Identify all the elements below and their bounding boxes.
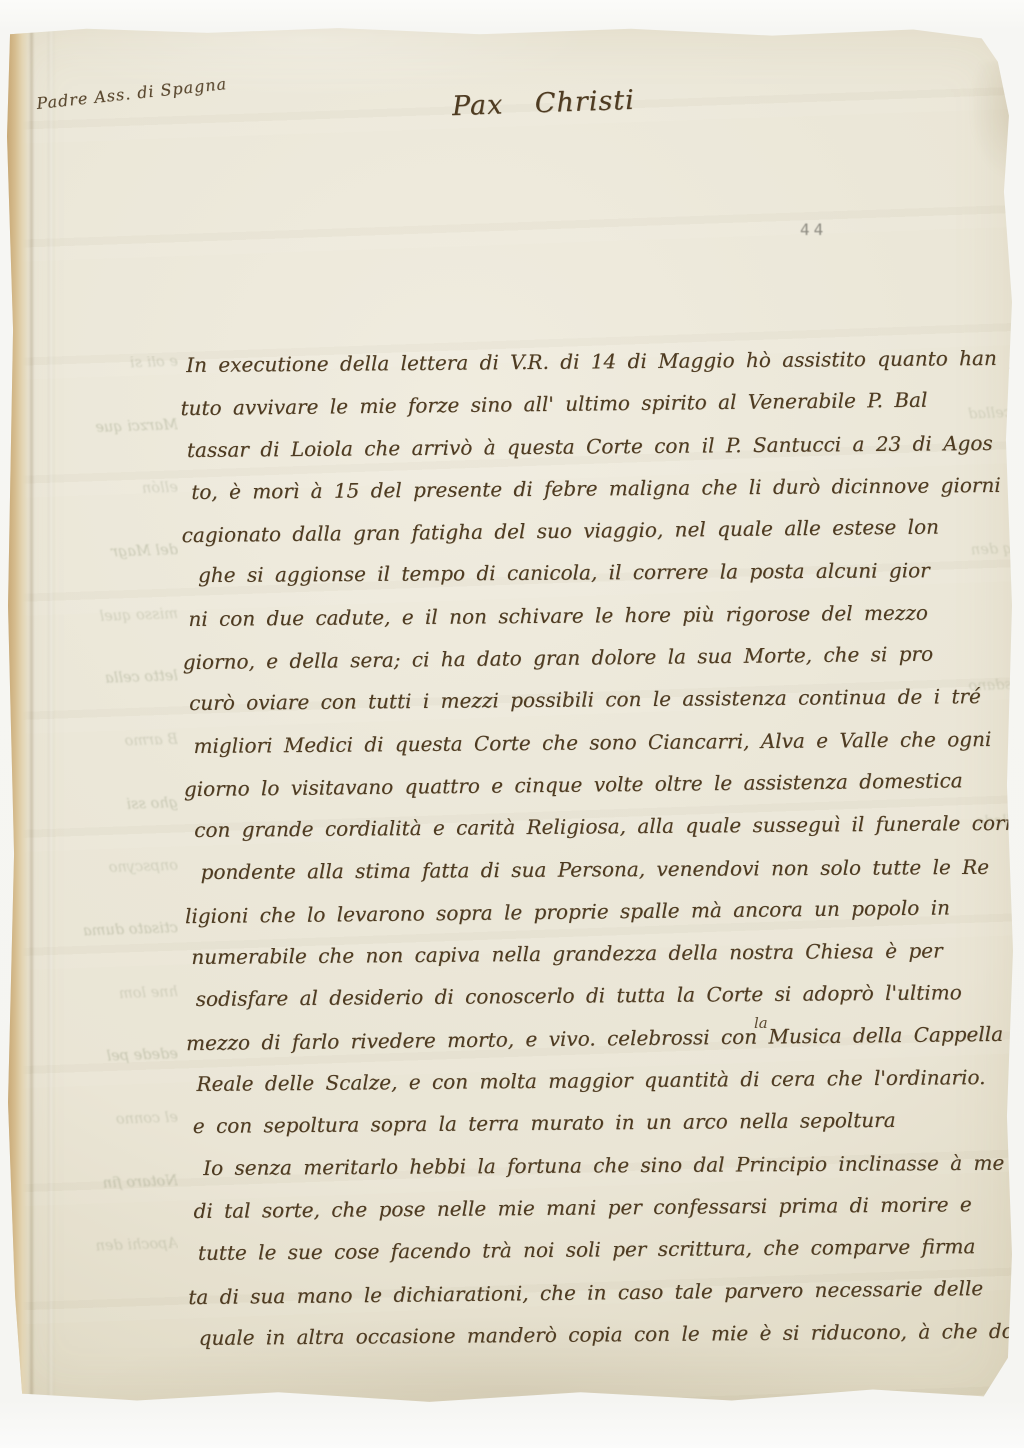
letter-line: curò oviare con tutti i mezzi possibili … xyxy=(189,675,1014,725)
letter-line: quale in altra occasione manderò copia c… xyxy=(198,1309,1014,1359)
bleedthrough-fragment: ctisato duma xyxy=(18,920,178,942)
bleedthrough-fragment: del Magr xyxy=(18,542,178,564)
bleedthrough-fragment: Marzci que xyxy=(72,417,178,437)
letter-line: tutte le sue cose facendo trà noi soli p… xyxy=(198,1225,1014,1275)
bleedthrough-left-margin: e oli sìMarzci queellóndel Magrmisso que… xyxy=(18,356,178,1396)
bleedthrough-fragment: B armo xyxy=(46,732,178,753)
letter-page: Padre Ass. di Spagna Pax Christi 44 e ol… xyxy=(6,26,1014,1406)
letter-line: Io senza meritarlo hebbi la fortuna che … xyxy=(203,1141,1014,1189)
addressee-annotation: Padre Ass. di Spagna xyxy=(36,74,228,113)
binding-crease-line xyxy=(30,26,33,1406)
bleedthrough-fragment: Notaro fin xyxy=(72,1173,178,1193)
bleedthrough-fragment: el conno xyxy=(46,1110,178,1131)
bleedthrough-fragment: onpscyno xyxy=(46,858,178,879)
letter-line: tassar di Loiola che arrivò à questa Cor… xyxy=(187,421,1014,471)
bleedthrough-fragment: Apochi den xyxy=(46,1236,178,1257)
page-binding-edge xyxy=(6,26,30,1406)
bleedthrough-fragment: edede pel xyxy=(18,1046,178,1068)
bleedthrough-fragment: letto cella xyxy=(18,668,178,690)
bleedthrough-fragment: misso quel xyxy=(72,606,178,626)
interlinear-insertion: la xyxy=(754,1014,768,1032)
letter-line: di tal sorte, che pose nelle mie mani pe… xyxy=(193,1183,1014,1233)
archive-page-number: 44 xyxy=(800,220,827,239)
letter-body: In executione della lettera di V.R. di 1… xyxy=(186,337,1014,1359)
top-right-corner-fold xyxy=(934,62,1014,212)
bleedthrough-fragment: gho ssi xyxy=(72,795,178,815)
letter-line: numerabile che non capiva nella grandezz… xyxy=(191,929,1014,979)
bleedthrough-fragment: e oli sì xyxy=(46,356,178,374)
letter-line: Reale delle Scalze, e con molta maggior … xyxy=(196,1056,1014,1106)
scan-background: Padre Ass. di Spagna Pax Christi 44 e ol… xyxy=(0,0,1024,1448)
letter-line: con grande cordialità e carità Religiosa… xyxy=(194,802,1014,852)
salutation: Pax Christi xyxy=(452,85,636,122)
letter-line: e con sepoltura sopra la terra murato in… xyxy=(193,1098,1014,1148)
letter-line: pondente alla stima fatta di sua Persona… xyxy=(200,845,1014,893)
vertical-fold-crease xyxy=(48,26,54,1406)
letter-line: ghe si aggionse il tempo di canicola, il… xyxy=(198,549,1014,597)
bleedthrough-fragment: ellón xyxy=(46,480,178,501)
bleedthrough-fragment: hne lom xyxy=(72,984,178,1004)
